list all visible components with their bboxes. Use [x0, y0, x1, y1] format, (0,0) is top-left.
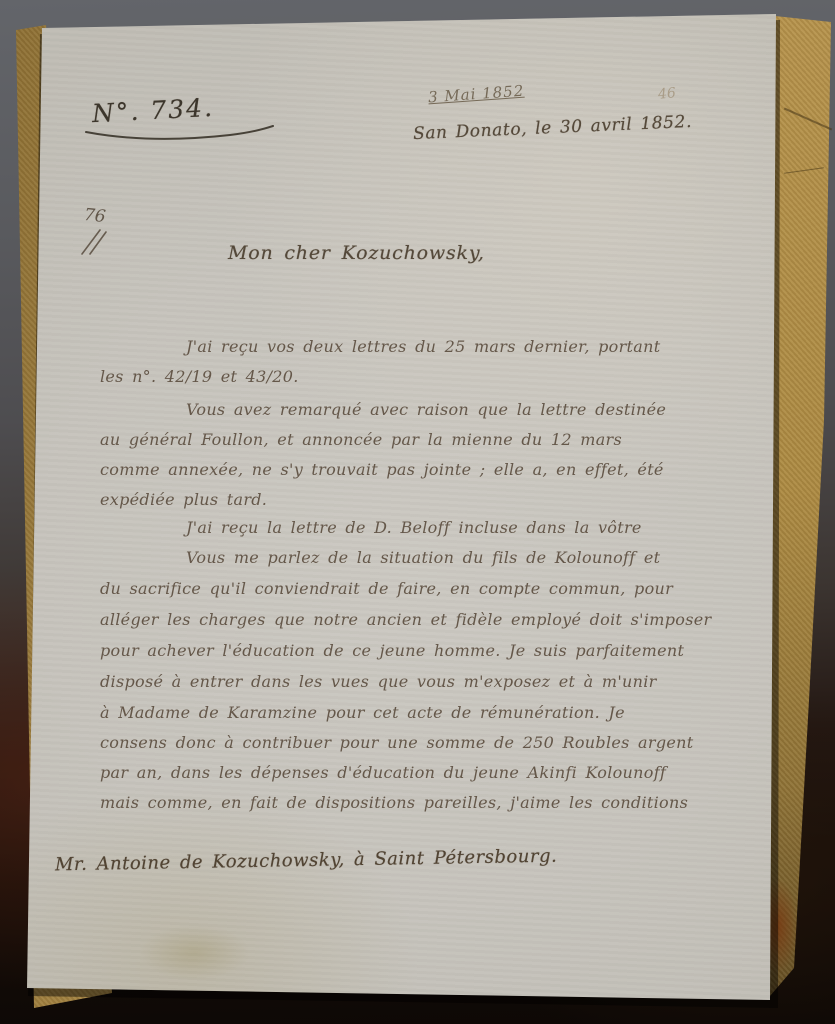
letter-line: comme annexée, ne s'y trouvait pas joint…: [100, 460, 664, 479]
letter-line: consens donc à contribuer pour une somme…: [100, 733, 693, 752]
letter-line: pour achever l'éducation de ce jeune hom…: [100, 641, 684, 660]
letter-line: alléger les charges que notre ancien et …: [100, 610, 711, 629]
letter-line: Vous me parlez de la situation du fils d…: [186, 548, 660, 567]
framed-letter-photo: N°. 734. 3 Mai 1852 46 San Donato, le 30…: [0, 0, 835, 1024]
letter-line: à Madame de Karamzine pour cet acte de r…: [100, 703, 625, 722]
letter-line: au général Foullon, et annoncée par la m…: [100, 430, 622, 449]
letter-line: expédiée plus tard.: [100, 490, 267, 509]
registry-underline-flourish: [80, 124, 280, 146]
archival-folio-mark: 76: [83, 205, 107, 227]
paper-stain: [140, 925, 250, 980]
salutation: Mon cher Kozuchowsky,: [228, 242, 485, 264]
archival-page-mark: 46: [657, 85, 676, 103]
folio-flourish: [76, 228, 110, 258]
letter-line: J'ai reçu vos deux lettres du 25 mars de…: [186, 337, 660, 356]
letter-line: les n°. 42/19 et 43/20.: [100, 367, 299, 386]
letter-line: mais comme, en fait de dispositions pare…: [100, 793, 688, 812]
letter-line: du sacrifice qu'il conviendrait de faire…: [100, 579, 673, 598]
letter-line: disposé à entrer dans les vues que vous …: [100, 672, 657, 691]
letter-line: par an, dans les dépenses d'éducation du…: [100, 763, 666, 782]
letter-line: J'ai reçu la lettre de D. Beloff incluse…: [186, 518, 642, 537]
letter-line: Vous avez remarqué avec raison que la le…: [186, 400, 666, 419]
